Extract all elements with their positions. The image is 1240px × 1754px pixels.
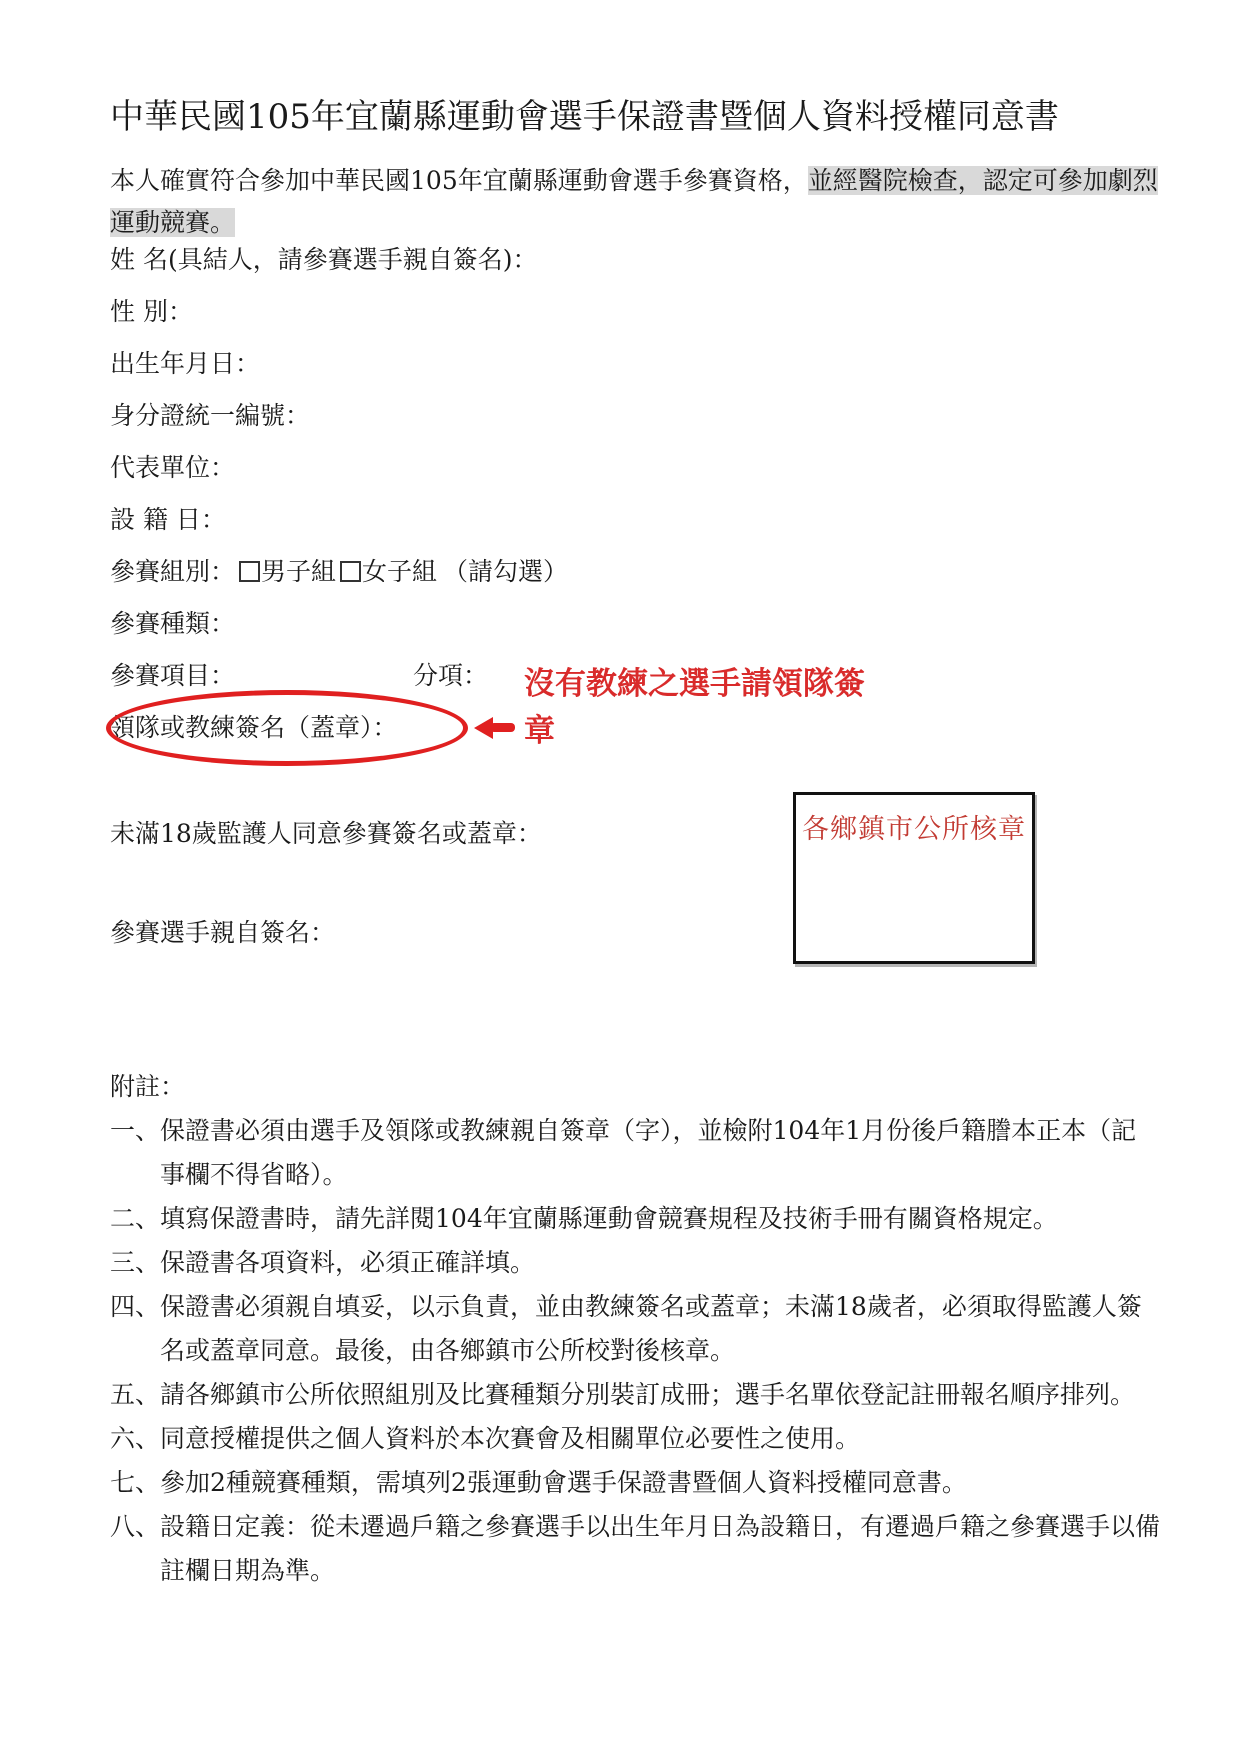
intro-paragraph: 本人確實符合參加中華民國105年宜蘭縣運動會選手參賽資格，並經醫院檢查，認定可參… bbox=[110, 160, 1160, 244]
red-arrow-shaft bbox=[490, 723, 515, 732]
field-birthdate-label: 出生年月日： bbox=[110, 349, 260, 378]
page-title: 中華民國105年宜蘭縣運動會選手保證書暨個人資料授權同意書 bbox=[110, 0, 1160, 140]
field-guardian-sign-label: 未滿18歲監護人同意參賽簽名或蓋章： bbox=[110, 819, 542, 848]
field-id-number: 身分證統一編號： bbox=[110, 400, 1160, 432]
female-option-label: 女子組 bbox=[362, 557, 437, 586]
field-athlete-sign-label: 參賽選手親自簽名： bbox=[110, 918, 335, 947]
male-option-label: 男子組 bbox=[261, 557, 336, 586]
field-name-label: 姓 名(具結人，請參賽選手親自簽名)： bbox=[110, 245, 537, 274]
note-item-5: 五、請各鄉鎮市公所依照組別及比賽種類分別裝訂成冊；選手名單依登記註冊報名順序排列… bbox=[110, 1373, 1160, 1417]
document-page: 中華民國105年宜蘭縣運動會選手保證書暨個人資料授權同意書 本人確實符合參加中華… bbox=[0, 0, 1240, 1754]
note-item-6: 六、同意授權提供之個人資料於本次賽會及相關單位必要性之使用。 bbox=[110, 1417, 1160, 1461]
field-gender-label: 性 別： bbox=[110, 297, 193, 326]
group-label: 參賽組別： bbox=[110, 557, 235, 586]
field-gender: 性 別： bbox=[110, 296, 1160, 328]
male-group-checkbox[interactable] bbox=[239, 561, 260, 582]
note-item-4: 四、保證書必須親自填妥，以示負責，並由教練簽名或蓋章；未滿18歲者，必須取得監護… bbox=[110, 1285, 1160, 1373]
intro-plain-text: 本人確實符合參加中華民國105年宜蘭縣運動會選手參賽資格， bbox=[110, 166, 808, 195]
field-birthdate: 出生年月日： bbox=[110, 348, 1160, 380]
document-content: 中華民國105年宜蘭縣運動會選手保證書暨個人資料授權同意書 本人確實符合參加中華… bbox=[0, 0, 1240, 1593]
note-item-2: 二、填寫保證書時，請先詳閱104年宜蘭縣運動會競賽規程及技術手冊有關資格規定。 bbox=[110, 1197, 1160, 1241]
field-name: 姓 名(具結人，請參賽選手親自簽名)： bbox=[110, 244, 1160, 276]
office-stamp-box: 各鄉鎮市公所核章 bbox=[793, 792, 1035, 964]
field-id-number-label: 身分證統一編號： bbox=[110, 401, 310, 430]
office-stamp-box-label: 各鄉鎮市公所核章 bbox=[796, 807, 1032, 846]
notes-heading: 附註： bbox=[110, 1065, 1160, 1109]
note-item-1: 一、保證書必須由選手及領隊或教練親自簽章（字），並檢附104年1月份後戶籍謄本正… bbox=[110, 1109, 1160, 1197]
field-unit-label: 代表單位： bbox=[110, 453, 235, 482]
field-unit: 代表單位： bbox=[110, 452, 1160, 484]
field-registration-date: 設 籍 日： bbox=[110, 504, 1160, 536]
field-registration-date-label: 設 籍 日： bbox=[110, 505, 226, 534]
leader-note-annotation: 沒有教練之選手請領隊簽章 bbox=[524, 661, 876, 755]
field-event-label: 參賽項目： bbox=[110, 661, 235, 690]
note-item-8: 八、設籍日定義：從未遷過戶籍之參賽選手以出生年月日為設籍日，有遷過戶籍之參賽選手… bbox=[110, 1505, 1160, 1593]
note-item-7: 七、參加2種競賽種類，需填列2張運動會選手保證書暨個人資料授權同意書。 bbox=[110, 1461, 1160, 1505]
field-sub-event-label: 分項： bbox=[413, 661, 488, 690]
female-group-checkbox[interactable] bbox=[340, 561, 361, 582]
field-category-label: 參賽種類： bbox=[110, 609, 235, 638]
field-leader-sign-label: 領隊或教練簽名（蓋章）： bbox=[110, 713, 398, 742]
note-item-3: 三、保證書各項資料，必須正確詳填。 bbox=[110, 1241, 1160, 1285]
field-category: 參賽種類： bbox=[110, 608, 1160, 640]
group-hint: （請勾選） bbox=[443, 557, 568, 586]
field-group: 參賽組別：男子組女子組（請勾選） bbox=[110, 556, 1160, 588]
